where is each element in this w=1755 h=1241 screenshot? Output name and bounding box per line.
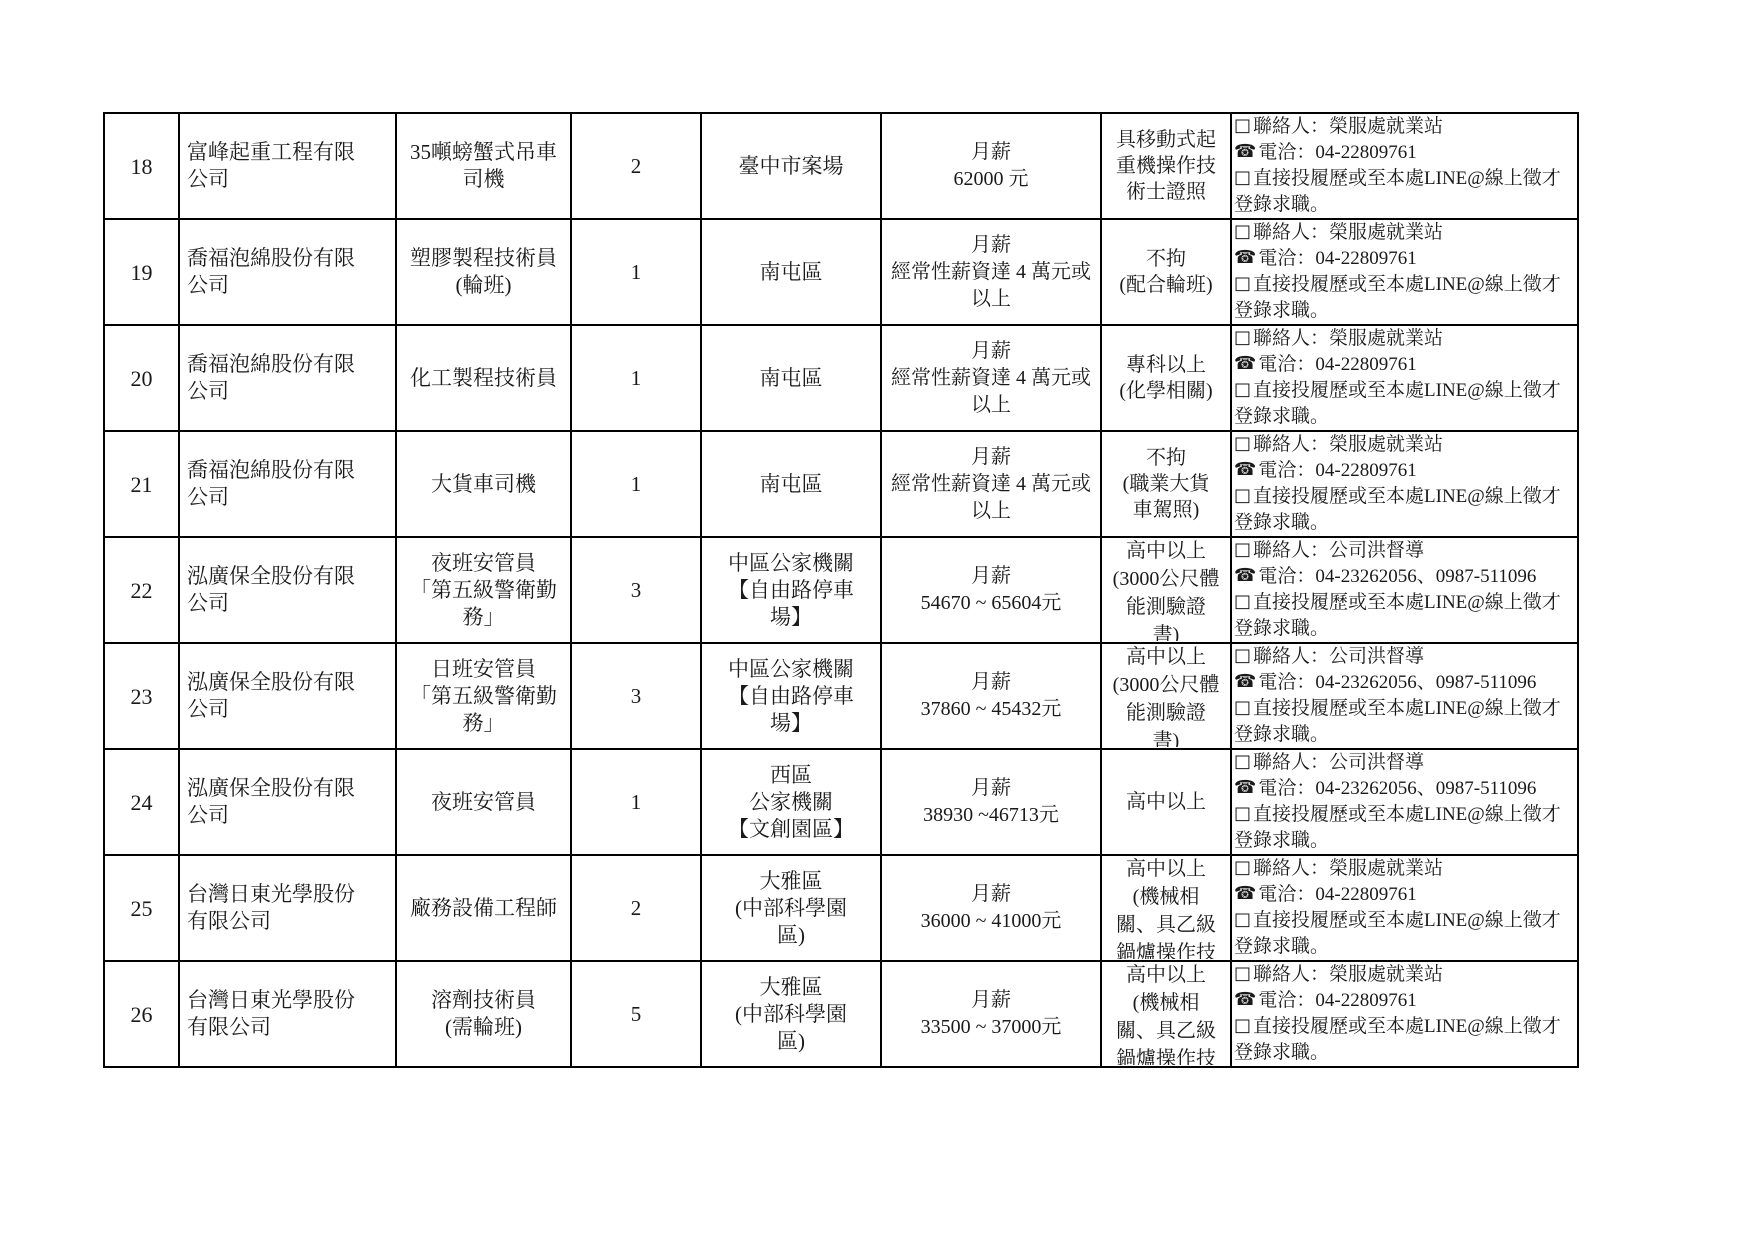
checkbox-icon: □ (1234, 431, 1251, 457)
phone-icon: ☎ (1234, 139, 1256, 165)
salary-info: 月薪 經常性薪資達 4 萬元或 以上 (884, 232, 1098, 313)
requirement-info: 具移動式起 重機操作技 術士證照 (1104, 127, 1228, 205)
phone-icon: ☎ (1234, 563, 1256, 589)
salary-info: 月薪 經常性薪資達 4 萬元或 以上 (884, 338, 1098, 419)
contact-apply-line: □直接投履歷或至本處LINE@線上徵才 登錄求職。 (1234, 166, 1575, 218)
row-number: 21 (107, 471, 176, 498)
contact-person-line: □聯絡人：榮服處就業站 (1234, 114, 1575, 140)
company-name: 喬福泡綿股份有限 公司 (182, 245, 393, 299)
contact-phone: 電洽：04-22809761 (1258, 354, 1416, 375)
row-number: 19 (107, 259, 176, 286)
contact-apply-line: □直接投履歷或至本處LINE@線上徵才 登錄求職。 (1234, 696, 1575, 748)
row-number: 26 (107, 1001, 176, 1028)
openings-count: 1 (574, 365, 698, 392)
company-name: 富峰起重工程有限 公司 (182, 139, 393, 193)
contact-apply: 直接投履歷或至本處LINE@線上徵才 登錄求職。 (1234, 1016, 1561, 1063)
contact-person: 聯絡人：榮服處就業站 (1253, 964, 1443, 985)
requirement-info: 高中以上 (機械相 關、具乙級 鍋爐操作技 (1104, 961, 1228, 1065)
table-row: 26 台灣日東光學股份 有限公司 溶劑技術員 (需輪班) 5 大雅區 (中部科學… (104, 961, 1578, 1067)
contact-cell: □聯絡人：榮服處就業站 ☎電洽：04-22809761 □直接投履歷或至本處LI… (1231, 113, 1578, 219)
contact-person-line: □聯絡人：榮服處就業站 (1234, 962, 1575, 988)
contact-cell: □聯絡人：榮服處就業站 ☎電洽：04-22809761 □直接投履歷或至本處LI… (1231, 855, 1578, 961)
contact-person: 聯絡人：榮服處就業站 (1253, 858, 1443, 879)
job-title: 日班安管員 「第五級警衛勤 務」 (399, 656, 568, 737)
checkbox-icon: □ (1234, 219, 1251, 245)
company-name: 泓廣保全股份有限 公司 (182, 563, 393, 617)
contact-phone: 電洽：04-22809761 (1258, 248, 1416, 269)
contact-phone-line: ☎電洽：04-23262056、0987-511096 (1234, 564, 1575, 590)
job-title: 化工製程技術員 (399, 365, 568, 392)
salary-info: 月薪 經常性薪資達 4 萬元或 以上 (884, 444, 1098, 525)
contact-apply: 直接投履歷或至本處LINE@線上徵才 登錄求職。 (1234, 910, 1561, 957)
company-name: 台灣日東光學股份 有限公司 (182, 881, 393, 935)
contact-person: 聯絡人：榮服處就業站 (1253, 328, 1443, 349)
contact-phone-line: ☎電洽：04-22809761 (1234, 140, 1575, 166)
contact-phone: 電洽：04-22809761 (1258, 460, 1416, 481)
openings-count: 2 (574, 153, 698, 180)
phone-icon: ☎ (1234, 881, 1256, 907)
row-number: 20 (107, 365, 176, 392)
phone-icon: ☎ (1234, 245, 1256, 271)
company-name: 泓廣保全股份有限 公司 (182, 669, 393, 723)
work-location: 中區公家機關 【自由路停車 場】 (704, 656, 878, 737)
openings-count: 1 (574, 789, 698, 816)
row-number: 23 (107, 683, 176, 710)
contact-phone: 電洽：04-22809761 (1258, 990, 1416, 1011)
checkbox-icon: □ (1234, 1013, 1251, 1039)
company-name: 泓廣保全股份有限 公司 (182, 775, 393, 829)
row-number: 24 (107, 789, 176, 816)
contact-cell: □聯絡人：榮服處就業站 ☎電洽：04-22809761 □直接投履歷或至本處LI… (1231, 961, 1578, 1067)
requirement-info: 高中以上 (機械相 關、具乙級 鍋爐操作技 (1104, 855, 1228, 959)
checkbox-icon: □ (1234, 271, 1251, 297)
work-location: 大雅區 (中部科學園 區) (704, 974, 878, 1055)
work-location: 臺中市案場 (704, 153, 878, 180)
contact-person-line: □聯絡人：榮服處就業站 (1234, 432, 1575, 458)
row-number: 25 (107, 895, 176, 922)
requirement-info: 專科以上 (化學相關) (1104, 352, 1228, 404)
contact-person: 聯絡人：榮服處就業站 (1253, 222, 1443, 243)
table-row: 19 喬福泡綿股份有限 公司 塑膠製程技術員 (輪班) 1 南屯區 月薪 經常性… (104, 219, 1578, 325)
contact-phone-line: ☎電洽：04-23262056、0987-511096 (1234, 670, 1575, 696)
openings-count: 1 (574, 471, 698, 498)
checkbox-icon: □ (1234, 325, 1251, 351)
contact-apply-line: □直接投履歷或至本處LINE@線上徵才 登錄求職。 (1234, 484, 1575, 536)
checkbox-icon: □ (1234, 801, 1251, 827)
checkbox-icon: □ (1234, 961, 1251, 987)
phone-icon: ☎ (1234, 987, 1256, 1013)
contact-person-line: □聯絡人：公司洪督導 (1234, 644, 1575, 670)
phone-icon: ☎ (1234, 457, 1256, 483)
company-name: 喬福泡綿股份有限 公司 (182, 457, 393, 511)
contact-cell: □聯絡人：榮服處就業站 ☎電洽：04-22809761 □直接投履歷或至本處LI… (1231, 431, 1578, 537)
work-location: 南屯區 (704, 365, 878, 392)
checkbox-icon: □ (1234, 113, 1251, 139)
requirement-info: 不拘 (職業大貨 車駕照) (1104, 445, 1228, 523)
work-location: 西區 公家機關 【文創園區】 (704, 762, 878, 843)
contact-apply-line: □直接投履歷或至本處LINE@線上徵才 登錄求職。 (1234, 1014, 1575, 1066)
contact-apply: 直接投履歷或至本處LINE@線上徵才 登錄求職。 (1234, 592, 1561, 639)
row-number: 22 (107, 577, 176, 604)
salary-info: 月薪 38930 ~46713元 (884, 775, 1098, 829)
checkbox-icon: □ (1234, 165, 1251, 191)
contact-person-line: □聯絡人：榮服處就業站 (1234, 856, 1575, 882)
contact-phone: 電洽：04-22809761 (1258, 884, 1416, 905)
contact-cell: □聯絡人：公司洪督導 ☎電洽：04-23262056、0987-511096 □… (1231, 643, 1578, 749)
job-title: 大貨車司機 (399, 471, 568, 498)
job-title: 夜班安管員 (399, 789, 568, 816)
contact-phone-line: ☎電洽：04-22809761 (1234, 246, 1575, 272)
checkbox-icon: □ (1234, 749, 1251, 775)
work-location: 南屯區 (704, 471, 878, 498)
contact-person-line: □聯絡人：榮服處就業站 (1234, 326, 1575, 352)
contact-apply: 直接投履歷或至本處LINE@線上徵才 登錄求職。 (1234, 168, 1561, 215)
openings-count: 1 (574, 259, 698, 286)
contact-apply-line: □直接投履歷或至本處LINE@線上徵才 登錄求職。 (1234, 802, 1575, 854)
row-number: 18 (107, 153, 176, 180)
contact-cell: □聯絡人：公司洪督導 ☎電洽：04-23262056、0987-511096 □… (1231, 749, 1578, 855)
salary-info: 月薪 54670 ~ 65604元 (884, 563, 1098, 617)
requirement-info: 高中以上 (3000公尺體 能測驗證 書) (1104, 537, 1228, 641)
work-location: 中區公家機關 【自由路停車 場】 (704, 550, 878, 631)
table-row: 22 泓廣保全股份有限 公司 夜班安管員 「第五級警衛勤 務」 3 中區公家機關… (104, 537, 1578, 643)
job-title: 廠務設備工程師 (399, 895, 568, 922)
contact-apply: 直接投履歷或至本處LINE@線上徵才 登錄求職。 (1234, 486, 1561, 533)
contact-phone: 電洽：04-23262056、0987-511096 (1258, 672, 1536, 693)
contact-apply-line: □直接投履歷或至本處LINE@線上徵才 登錄求職。 (1234, 378, 1575, 430)
requirement-info: 高中以上 (1104, 789, 1228, 815)
job-listings-table: 18 富峰起重工程有限 公司 35噸螃蟹式吊車 司機 2 臺中市案場 月薪 62… (103, 112, 1579, 1068)
contact-person: 聯絡人：公司洪督導 (1253, 646, 1424, 667)
job-table-body: 18 富峰起重工程有限 公司 35噸螃蟹式吊車 司機 2 臺中市案場 月薪 62… (104, 113, 1578, 1067)
job-title: 35噸螃蟹式吊車 司機 (399, 139, 568, 193)
work-location: 南屯區 (704, 259, 878, 286)
table-row: 24 泓廣保全股份有限 公司 夜班安管員 1 西區 公家機關 【文創園區】 月薪… (104, 749, 1578, 855)
contact-phone-line: ☎電洽：04-22809761 (1234, 882, 1575, 908)
table-row: 20 喬福泡綿股份有限 公司 化工製程技術員 1 南屯區 月薪 經常性薪資達 4… (104, 325, 1578, 431)
checkbox-icon: □ (1234, 537, 1251, 563)
table-row: 21 喬福泡綿股份有限 公司 大貨車司機 1 南屯區 月薪 經常性薪資達 4 萬… (104, 431, 1578, 537)
table-row: 23 泓廣保全股份有限 公司 日班安管員 「第五級警衛勤 務」 3 中區公家機關… (104, 643, 1578, 749)
contact-phone: 電洽：04-22809761 (1258, 142, 1416, 163)
salary-info: 月薪 33500 ~ 37000元 (884, 987, 1098, 1041)
contact-phone: 電洽：04-23262056、0987-511096 (1258, 566, 1536, 587)
contact-phone-line: ☎電洽：04-22809761 (1234, 988, 1575, 1014)
company-name: 台灣日東光學股份 有限公司 (182, 987, 393, 1041)
contact-apply-line: □直接投履歷或至本處LINE@線上徵才 登錄求職。 (1234, 908, 1575, 960)
contact-person: 聯絡人：公司洪督導 (1253, 540, 1424, 561)
checkbox-icon: □ (1234, 695, 1251, 721)
work-location: 大雅區 (中部科學園 區) (704, 868, 878, 949)
contact-person-line: □聯絡人：公司洪督導 (1234, 750, 1575, 776)
table-row: 18 富峰起重工程有限 公司 35噸螃蟹式吊車 司機 2 臺中市案場 月薪 62… (104, 113, 1578, 219)
contact-cell: □聯絡人：榮服處就業站 ☎電洽：04-22809761 □直接投履歷或至本處LI… (1231, 219, 1578, 325)
openings-count: 3 (574, 683, 698, 710)
openings-count: 3 (574, 577, 698, 604)
contact-cell: □聯絡人：公司洪督導 ☎電洽：04-23262056、0987-511096 □… (1231, 537, 1578, 643)
openings-count: 2 (574, 895, 698, 922)
phone-icon: ☎ (1234, 669, 1256, 695)
contact-apply-line: □直接投履歷或至本處LINE@線上徵才 登錄求職。 (1234, 590, 1575, 642)
requirement-info: 高中以上 (3000公尺體 能測驗證 書) (1104, 643, 1228, 747)
phone-icon: ☎ (1234, 775, 1256, 801)
checkbox-icon: □ (1234, 855, 1251, 881)
contact-person-line: □聯絡人：公司洪督導 (1234, 538, 1575, 564)
salary-info: 月薪 37860 ~ 45432元 (884, 669, 1098, 723)
contact-phone: 電洽：04-23262056、0987-511096 (1258, 778, 1536, 799)
table-row: 25 台灣日東光學股份 有限公司 廠務設備工程師 2 大雅區 (中部科學園 區)… (104, 855, 1578, 961)
salary-info: 月薪 62000 元 (884, 139, 1098, 193)
contact-phone-line: ☎電洽：04-22809761 (1234, 458, 1575, 484)
checkbox-icon: □ (1234, 377, 1251, 403)
contact-apply: 直接投履歷或至本處LINE@線上徵才 登錄求職。 (1234, 804, 1561, 851)
contact-person: 聯絡人：公司洪督導 (1253, 752, 1424, 773)
requirement-info: 不拘 (配合輪班) (1104, 246, 1228, 298)
checkbox-icon: □ (1234, 483, 1251, 509)
contact-phone-line: ☎電洽：04-23262056、0987-511096 (1234, 776, 1575, 802)
phone-icon: ☎ (1234, 351, 1256, 377)
company-name: 喬福泡綿股份有限 公司 (182, 351, 393, 405)
contact-apply: 直接投履歷或至本處LINE@線上徵才 登錄求職。 (1234, 698, 1561, 745)
contact-cell: □聯絡人：榮服處就業站 ☎電洽：04-22809761 □直接投履歷或至本處LI… (1231, 325, 1578, 431)
contact-apply-line: □直接投履歷或至本處LINE@線上徵才 登錄求職。 (1234, 272, 1575, 324)
salary-info: 月薪 36000 ~ 41000元 (884, 881, 1098, 935)
contact-person: 聯絡人：榮服處就業站 (1253, 434, 1443, 455)
contact-apply: 直接投履歷或至本處LINE@線上徵才 登錄求職。 (1234, 274, 1561, 321)
document-page: 18 富峰起重工程有限 公司 35噸螃蟹式吊車 司機 2 臺中市案場 月薪 62… (0, 0, 1755, 1241)
job-title: 夜班安管員 「第五級警衛勤 務」 (399, 550, 568, 631)
contact-person-line: □聯絡人：榮服處就業站 (1234, 220, 1575, 246)
job-title: 塑膠製程技術員 (輪班) (399, 245, 568, 299)
job-title: 溶劑技術員 (需輪班) (399, 987, 568, 1041)
checkbox-icon: □ (1234, 643, 1251, 669)
contact-person: 聯絡人：榮服處就業站 (1253, 116, 1443, 137)
openings-count: 5 (574, 1001, 698, 1028)
contact-phone-line: ☎電洽：04-22809761 (1234, 352, 1575, 378)
checkbox-icon: □ (1234, 907, 1251, 933)
checkbox-icon: □ (1234, 589, 1251, 615)
contact-apply: 直接投履歷或至本處LINE@線上徵才 登錄求職。 (1234, 380, 1561, 427)
